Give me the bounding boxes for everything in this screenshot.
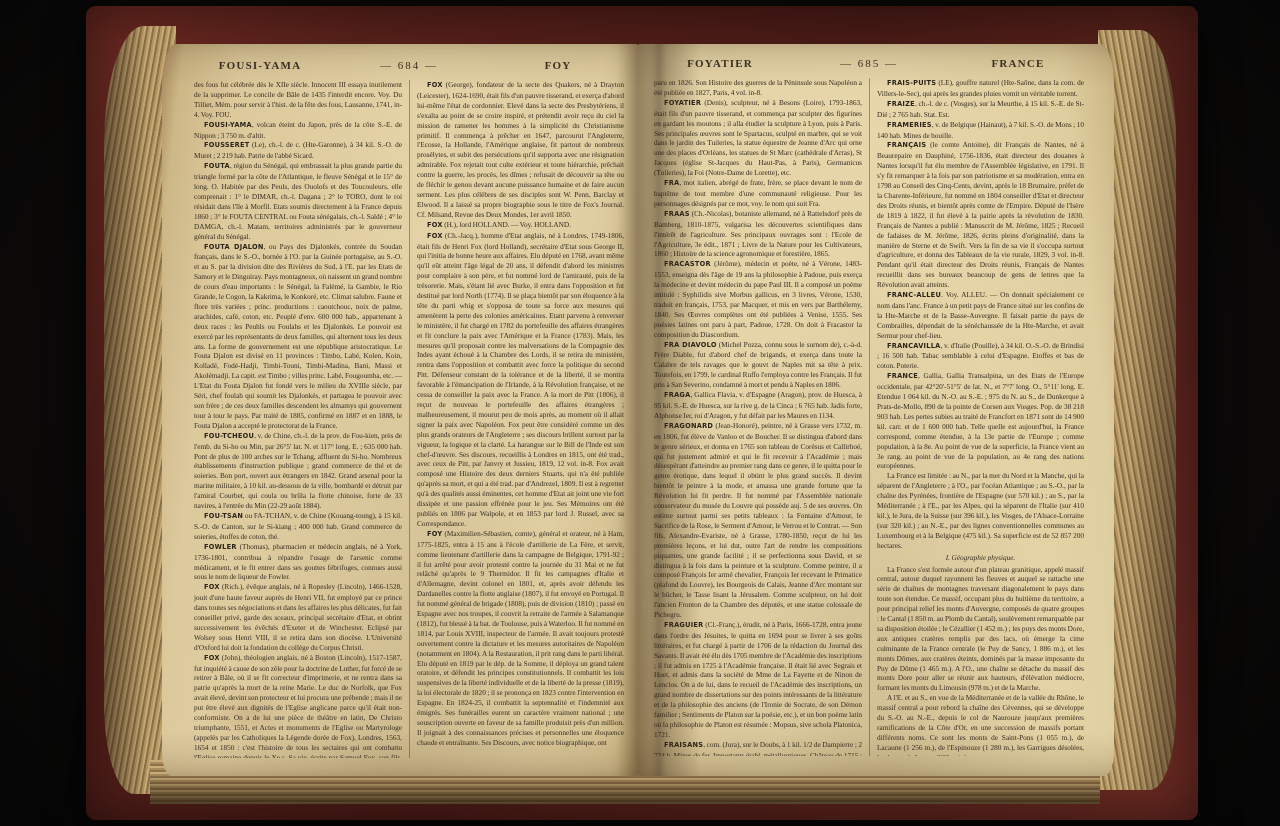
entry-headword: FOWLER (204, 543, 237, 551)
page-right-685: FOYATIER — 685 — FRANCE paru en 1826. So… (638, 44, 1114, 776)
dictionary-entry: FOUTA DJALON, ou Pays des Djalonkés, con… (194, 242, 402, 431)
dictionary-entry: FOYATIER (Denis), sculpteur, né à Besons… (654, 98, 862, 178)
entry-headword: FOUSI-YAMA (204, 121, 252, 129)
open-book-spread: FOUSI-YAMA — 684 — FOY des fous fut célé… (162, 44, 1114, 776)
page-right-content: FOYATIER — 685 — FRANCE paru en 1826. So… (638, 44, 1114, 776)
entry-headword: FRAAS (664, 210, 690, 218)
right-page-column-1: paru en 1826. Son Histoire des guerres d… (654, 78, 869, 756)
running-head-left-word: FOYATIER (660, 58, 780, 70)
dictionary-entry: FOWLER (Thomas), pharmacien et médecin a… (194, 542, 402, 583)
entry-headword: FOUTA DJALON (204, 243, 264, 251)
right-page-column-2: FRAIS-PUITS (LE), gouffre naturel (Hte-S… (869, 78, 1084, 756)
dictionary-entry: FRAGA, Gallica Flavia, v. d'Espagne (Ara… (654, 390, 862, 421)
entry-headword: FRAMERIES (887, 121, 932, 129)
entry-headword: FOX (427, 81, 443, 89)
dictionary-entry: FRAIS-PUITS (LE), gouffre naturel (Hte-S… (877, 78, 1084, 99)
dictionary-entry: FOUTA, région du Sénégal, qui embrassait… (194, 161, 402, 241)
entry-headword: FRAGONARD (664, 422, 713, 430)
page-left-content: FOUSI-YAMA — 684 — FOY des fous fut célé… (162, 44, 638, 776)
dictionary-entry: FOX (John), théologien anglais, né à Bos… (194, 653, 402, 758)
entry-headword: FOU-TSAN (204, 512, 243, 520)
entry-headword: FOX (204, 583, 220, 591)
entry-headword: FOU-TCHEOU (204, 432, 254, 440)
entry-headword: FOY (427, 530, 442, 538)
dictionary-entry: FRACASTOR (Jérôme), médecin et poète, né… (654, 259, 862, 339)
text-columns-right-page: paru en 1826. Son Histoire des guerres d… (654, 78, 1084, 756)
entry-headword: FRAIZE (887, 100, 915, 108)
dictionary-entry: FRAGONARD (Jean-Honoré), peintre, né à G… (654, 421, 862, 620)
dictionary-entry: FRA DIAVOLO (Michel Pozza, connu sous le… (654, 340, 862, 391)
entry-headword: FRANÇAIS (887, 141, 926, 149)
entry-headword: FRAIS-PUITS (887, 79, 936, 87)
running-head-right-word: FRANCE (958, 58, 1078, 70)
dictionary-entry: FOY (Maximilien-Sébastien, comte), génér… (417, 529, 624, 748)
dictionary-entry: paru en 1826. Son Histoire des guerres d… (654, 78, 862, 98)
running-head-left: FOUSI-YAMA — 684 — FOY (200, 60, 618, 72)
dictionary-entry: FRAGUIER (Cl.-Franç.), érudit, né à Pari… (654, 620, 862, 740)
dictionary-entry: FOX (H.), lord HOLLAND. — Voy. HOLLAND. (417, 220, 624, 231)
entry-headword: FRA DIAVOLO (664, 341, 717, 349)
entry-headword: FRA (664, 179, 679, 187)
dictionary-entry: FOU-TCHEOU, v. de Chine, ch.-l. de la pr… (194, 431, 402, 511)
dictionary-entry: FOUSSERET (Le), ch.-l. de c. (Hte-Garonn… (194, 140, 402, 161)
page-left-684: FOUSI-YAMA — 684 — FOY des fous fut célé… (162, 44, 638, 776)
entry-headword: FOUSSERET (204, 141, 250, 149)
left-page-column-2: FOX (George), fondateur de la secte des … (409, 80, 624, 758)
entry-headword: FOYATIER (664, 99, 701, 107)
running-head-left-word: FOUSI-YAMA (200, 60, 320, 72)
entry-headword: FRANC-ALLEU (887, 291, 941, 299)
page-number-684: — 684 — (320, 60, 498, 72)
dictionary-entry: FRAAS (Ch.-Nicolas), botaniste allemand,… (654, 209, 862, 260)
entry-headword: FRANCAVILLA (887, 342, 941, 350)
running-head-right: FOYATIER — 685 — FRANCE (660, 58, 1078, 70)
entry-headword: FOUTA (204, 162, 230, 170)
dictionary-entry: FOX (George), fondateur de la secte des … (417, 80, 624, 220)
dictionary-entry: FRANCE, Gallia, Gallia Transalpina, un d… (877, 371, 1084, 471)
section-heading: I. Géographie physique. (877, 553, 1084, 563)
dictionary-entry: FOU-TSAN ou FA-TCHAN, v. de Chine (Kouan… (194, 511, 402, 542)
entry-headword: FRAISANS (664, 741, 703, 749)
dictionary-entry: FOUSI-YAMA, volcan éteint du Japon, près… (194, 120, 402, 141)
entry-headword: FOX (427, 221, 443, 229)
dictionary-entry: FOX (Rich.), évêque anglais, né à Ropesl… (194, 582, 402, 652)
dictionary-entry: FOX (Ch.-Jacq.), homme d'Etat anglais, n… (417, 231, 624, 529)
dictionary-entry: La France s'est formée autour d'un plate… (877, 565, 1084, 694)
entry-headword: FRAGA (664, 391, 690, 399)
entry-headword: FOX (427, 232, 443, 240)
dictionary-entry: FRA, mot italien, abrégé de frate, frère… (654, 178, 862, 209)
book-photo-scene: FOUSI-YAMA — 684 — FOY des fous fut célé… (0, 0, 1280, 826)
page-number-685: — 685 — (780, 58, 958, 70)
entry-headword: FOX (204, 654, 220, 662)
dictionary-entry: FRAIZE, ch.-l. de c. (Vosges), sur la Me… (877, 99, 1084, 120)
dictionary-entry: FRAISANS, com. (Jura), sur le Doubs, à 1… (654, 740, 862, 756)
dictionary-entry: FRANC-ALLEU. Voy. ALLEU. — On donnait sp… (877, 290, 1084, 341)
dictionary-entry: La France est limitée : au N., par la me… (877, 471, 1084, 550)
dictionary-entry: des fous fut célébrée dès le XIIe siècle… (194, 80, 402, 120)
running-head-right-word: FOY (498, 60, 618, 72)
entry-headword: FRAGUIER (664, 621, 704, 629)
dictionary-entry: A l'E. et au S., en vue de la Méditerran… (877, 693, 1084, 756)
entry-headword: FRANCE (887, 372, 918, 380)
entry-headword: FRACASTOR (664, 260, 711, 268)
text-columns-left-page: des fous fut célébrée dès le XIIe siècle… (194, 80, 624, 758)
left-page-column-1: des fous fut célébrée dès le XIIe siècle… (194, 80, 409, 758)
dictionary-entry: FRAMERIES, v. de Belgique (Hainaut), à 7… (877, 120, 1084, 141)
dictionary-entry: FRANÇAIS (le comte Antoine), dit Françai… (877, 140, 1084, 290)
dictionary-entry: FRANCAVILLA, v. d'Italie (Pouille), à 34… (877, 341, 1084, 372)
